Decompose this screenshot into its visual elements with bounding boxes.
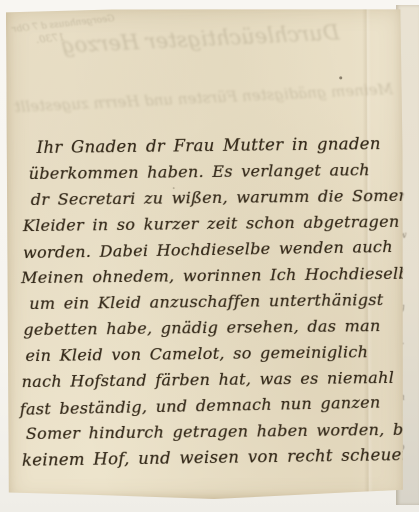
ink-speck [339, 76, 342, 79]
manuscript-scan: e w z g r n b Georgenhauss d 7 Obr 1730.… [0, 0, 419, 512]
letter-body: Ihr Gnaden dr Frau Mutter in gnaden über… [22, 132, 401, 472]
letter-page: Georgenhauss d 7 Obr 1730. Durchleüchtig… [6, 8, 404, 502]
handwritten-line: keinem Hof, und weisen von recht scheuen [22, 442, 402, 474]
bleedthrough-line: Meinem gnädigsten Fürsten und Herrn zuge… [14, 80, 393, 116]
bleedthrough-heading: Durchleüchtigster Herzog [61, 20, 340, 57]
